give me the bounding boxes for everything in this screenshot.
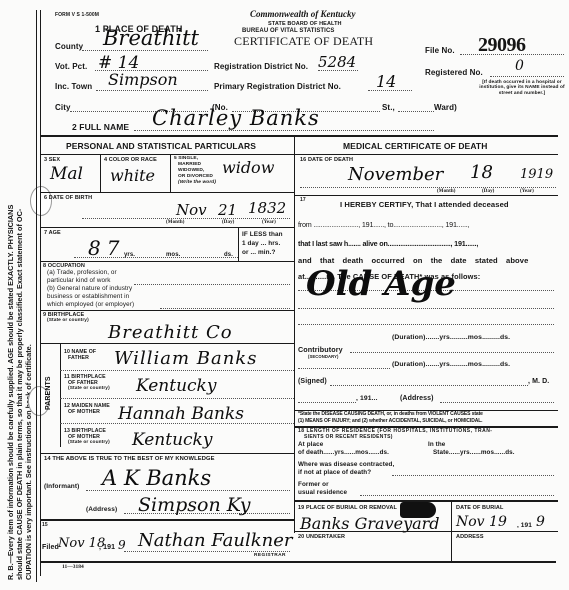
duration-line-1: (Duration).......yrs.........mos........…: [392, 334, 510, 341]
city-label: City: [55, 103, 71, 112]
signed-label: (Signed): [298, 378, 327, 385]
marital-label-5: (Write the word): [178, 180, 216, 185]
parents-side-label: PARENTS: [45, 376, 52, 410]
contributory-label-visible: Contributory: [298, 345, 343, 354]
filed-label: Filed: [42, 544, 59, 551]
dob-year-caption: (Year): [262, 220, 276, 225]
less-label-1: IF LESS than: [242, 231, 283, 238]
md-label: , M. D.: [528, 378, 549, 385]
ward-label: Ward): [434, 103, 457, 112]
dob-month-caption: (Month): [166, 220, 184, 225]
form-id: FORM V S 1-500M: [55, 12, 99, 18]
registrar-signature[interactable]: Nathan Faulkner: [138, 530, 292, 551]
in-state-1: In the: [428, 441, 445, 448]
cause-of-death-value[interactable]: Old Age: [306, 264, 456, 304]
footnote-1: *State the DISEASE CAUSING DEATH, or, in…: [298, 411, 483, 417]
mother-name-label-2: OF MOTHER: [68, 409, 100, 415]
father-name-value[interactable]: William Banks: [114, 348, 257, 369]
informant-address-label: (Address): [86, 506, 117, 513]
from-line: from ........................., 191.....…: [298, 220, 469, 229]
informant-value[interactable]: A K Banks: [102, 466, 211, 490]
inc-town-label: Inc. Town: [55, 82, 92, 91]
reg-district-label: Registration District No.: [214, 62, 308, 71]
at-place-2: of death......yrs......mos......ds.: [298, 449, 389, 456]
dob-label: 6 DATE OF BIRTH: [44, 195, 92, 201]
burial-place-label: 19 PLACE OF BURIAL OR REMOVAL: [298, 505, 397, 511]
less-label-3: or ... min.?: [242, 249, 276, 256]
primary-district-value[interactable]: 14: [376, 72, 396, 91]
undertaker-address-label: ADDRESS: [456, 534, 484, 540]
contracted-1: Where was disease contracted,: [298, 461, 394, 468]
burial-date-value[interactable]: Nov 19: [456, 514, 507, 530]
undertaker-address-value[interactable]: [456, 544, 556, 558]
undertaker-label: 20 UNDERTAKER: [298, 534, 345, 540]
dob-month[interactable]: Nov: [176, 201, 207, 219]
father-name-label-2: FATHER: [68, 355, 89, 361]
filing-number: 15: [42, 522, 48, 528]
color-label: 4 COLOR OR RACE: [104, 157, 157, 163]
informant-address-value[interactable]: Simpson Ky: [138, 494, 250, 516]
county-value[interactable]: Breathitt: [103, 26, 199, 50]
dob-day-caption: (Day): [222, 220, 234, 225]
at-place-1: At place: [298, 441, 323, 448]
birthplace-value[interactable]: Breathitt Co: [108, 322, 233, 343]
personal-header: PERSONAL AND STATISTICAL PARTICULARS: [66, 141, 256, 151]
age-label: 7 AGE: [44, 230, 61, 236]
vot-pct-label: Vot. Pct.: [55, 62, 87, 71]
sidebar-instructions: R. B.—Every item of information should b…: [6, 20, 33, 580]
full-name-label: 2 FULL NAME: [72, 122, 129, 132]
reg-district-value[interactable]: 5284: [318, 53, 356, 71]
file-no-label: File No.: [425, 46, 455, 55]
margin-rule-2: [36, 10, 37, 582]
sidebar-line-1: R. B.—Every item of information should b…: [6, 20, 15, 580]
primary-district-label: Primary Registration District No.: [214, 82, 341, 91]
sidebar-line-3: CUPATION is very important. See instruct…: [24, 20, 33, 580]
footnote-2: (1) MEANS OF INJURY; and (2) whether ACC…: [298, 418, 482, 424]
dod-day[interactable]: 18: [470, 162, 493, 183]
certificate-title: CERTIFICATE OF DEATH: [234, 34, 373, 49]
mother-bp-label-3: (State or country): [68, 440, 110, 445]
registrar-label: REGISTRAR: [254, 553, 286, 558]
occ-b-1: (b) General nature of industry: [47, 285, 132, 292]
certify-text: I HEREBY CERTIFY, That I attended deceas…: [340, 200, 509, 209]
age-mos-label: mos.: [166, 252, 180, 258]
burial-year-prefix: , 191: [517, 522, 532, 529]
color-value[interactable]: white: [110, 166, 155, 185]
physician-address-label: (Address): [400, 395, 434, 402]
dob-year[interactable]: 1832: [248, 199, 286, 217]
secondary-label: (SECONDARY): [308, 354, 339, 359]
dod-day-caption: (Day): [482, 189, 494, 194]
punch-hole-top: [30, 186, 52, 216]
state-board: STATE BOARD OF HEALTH: [268, 21, 342, 27]
undertaker-value[interactable]: [300, 544, 440, 558]
registered-no-value[interactable]: 0: [515, 58, 524, 74]
marital-label-3: WIDOWED,: [178, 168, 204, 173]
filed-year-prefix: , 191: [99, 544, 115, 551]
dod-month-caption: (Month): [437, 189, 455, 194]
filed-year-suffix[interactable]: 9: [118, 538, 126, 552]
column-divider: [294, 137, 295, 533]
burial-date-label: DATE OF BURIAL: [456, 505, 503, 511]
residence-label-2: SIENTS OR RECENT RESIDENTS): [304, 434, 393, 440]
age-value[interactable]: 87: [88, 236, 125, 260]
date-191: , 191...: [356, 395, 378, 402]
file-no-value: 29096: [478, 34, 526, 57]
section-rule: [40, 135, 558, 137]
sex-label: 3 SEX: [44, 157, 60, 163]
marital-value[interactable]: widow: [222, 158, 274, 177]
father-bp-value[interactable]: Kentucky: [136, 376, 216, 396]
mother-bp-value[interactable]: Kentucky: [132, 430, 212, 450]
occ-b-3: which employed (or employer): [47, 301, 134, 308]
mother-name-value[interactable]: Hannah Banks: [118, 404, 244, 424]
inc-town-value[interactable]: Simpson: [108, 70, 178, 89]
last-saw-line: that I last saw h....... alive on.......…: [298, 239, 478, 248]
dod-label: 16 DATE OF DEATH: [300, 157, 353, 163]
burial-year-suffix[interactable]: 9: [536, 514, 545, 530]
occ-a-2: particular kind of work: [47, 277, 111, 284]
sex-value[interactable]: Mal: [50, 164, 83, 184]
marital-label-4: OR DIVORCED: [178, 174, 213, 179]
hospital-note: [If death occurred in a hospital or inst…: [476, 80, 568, 96]
footer-code: 11—3184: [62, 564, 84, 570]
medical-header: MEDICAL CERTIFICATE OF DEATH: [343, 141, 487, 151]
duration-line-2: (Duration).......yrs.........mos........…: [392, 361, 510, 368]
occ-b-2: business or establishment in: [47, 293, 129, 300]
certify-number: 17: [300, 197, 306, 203]
st-label: St.,: [382, 103, 395, 112]
father-bp-label-3: (State or country): [68, 386, 110, 391]
commonwealth: Commonwealth of Kentucky: [250, 9, 356, 19]
dod-month[interactable]: November: [348, 164, 443, 185]
former-2: usual residence: [298, 489, 347, 496]
margin-rule: [40, 10, 41, 576]
registered-no-label: Registered No.: [425, 68, 483, 77]
marital-label-1: 5 SINGLE,: [174, 156, 198, 161]
sidebar-line-2: should state CAUSE OF DEATH in plain ter…: [15, 20, 24, 580]
dod-year-caption: (Year): [520, 189, 534, 194]
former-1: Former or: [298, 481, 329, 488]
informant-header: 14 THE ABOVE IS TRUE TO THE BEST OF MY K…: [44, 456, 215, 462]
contracted-2: if not at place of death?: [298, 469, 371, 476]
age-yrs-label: yrs.: [124, 252, 135, 258]
bottom-rule: [40, 561, 556, 563]
full-name-value[interactable]: Charley Banks: [152, 106, 320, 130]
dod-year[interactable]: 1919: [520, 167, 553, 182]
county-label: County: [55, 42, 83, 51]
birthplace-label-2: (State or country): [47, 318, 89, 323]
marital-label-2: MARRIED: [178, 162, 201, 167]
less-label-2: 1 day ... hrs.: [242, 240, 280, 247]
in-state-2: State......yrs......mos......ds.: [433, 449, 515, 456]
occ-a-1: (a) Trade, profession, or: [47, 269, 117, 276]
informant-label: (Informant): [44, 483, 79, 490]
dob-day[interactable]: 21: [218, 201, 237, 219]
age-ds-label: ds.: [224, 252, 233, 258]
